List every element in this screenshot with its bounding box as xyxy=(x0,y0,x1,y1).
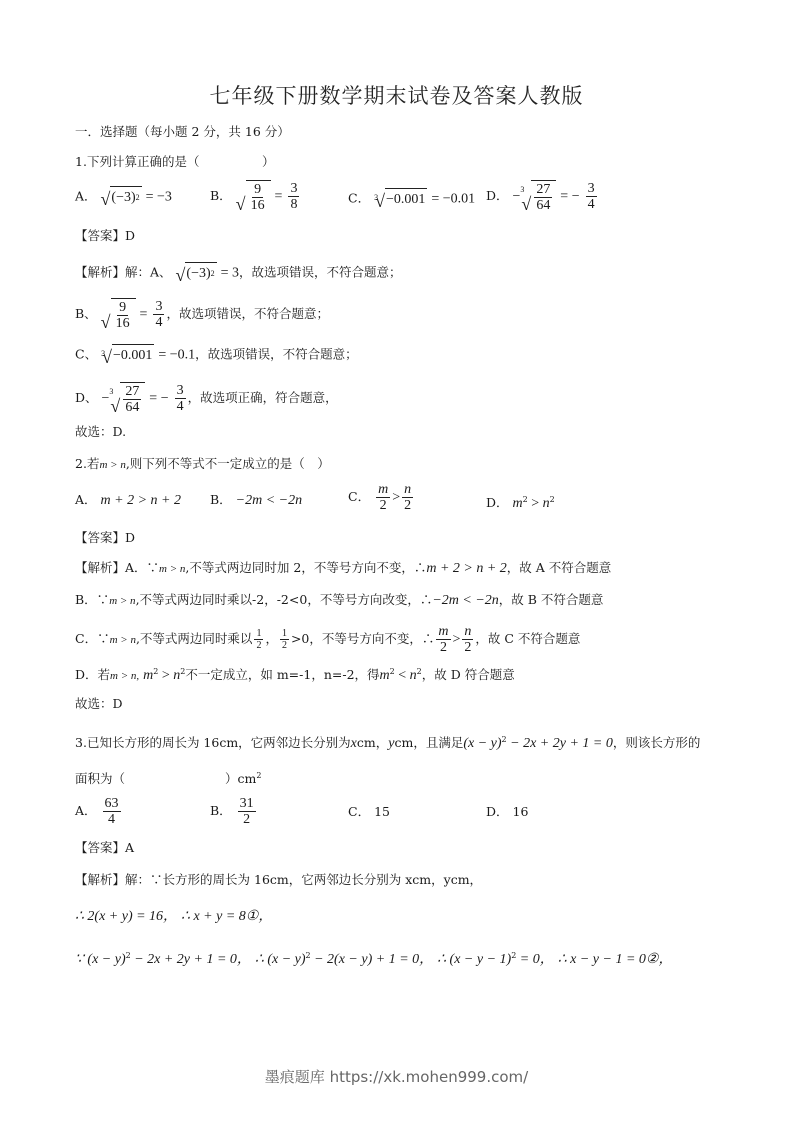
q1-analysis-d: D、 −3√2764 = − 34，故选项正确，符合题意， xyxy=(75,382,338,415)
q2-option-c: C． m2>n2 xyxy=(348,482,415,513)
q2-option-a: A． m + 2 > n + 2 xyxy=(75,490,181,511)
q1-conclusion: 故选：D. xyxy=(75,422,126,442)
q3-option-c: C． 15 xyxy=(348,802,390,822)
question-1-stem: 1.下列计算正确的是（ ） xyxy=(75,152,274,172)
q3-option-a: A． 634 xyxy=(75,796,123,827)
q3-option-d: D． 16 xyxy=(486,802,528,822)
q2-analysis-a: 【解析】A．∵m > n,不等式两边同时加 2，不等号方向不变，∴m + 2 >… xyxy=(75,558,611,579)
question-2-stem: 2.若m > n,则下列不等式不一定成立的是（ ） xyxy=(75,454,330,475)
q1-analysis-b: B、 √916 = 34，故选项错误，不符合题意； xyxy=(75,298,329,331)
q2-analysis-b: B．∵m > n,不等式两边同时乘以-2，-2<0，不等号方向改变，∴−2m <… xyxy=(75,590,603,611)
q2-option-d: D． m2 > n2 xyxy=(486,490,555,514)
q2-conclusion: 故选：D xyxy=(75,694,123,714)
q3-option-b: B． 312 xyxy=(210,796,258,827)
q2-analysis-c: C．∵m > n,不等式两边同时乘以12，12>0，不等号方向不变，∴m2>n2… xyxy=(75,624,580,655)
q1-option-a: A． √(−3)2 = −3 xyxy=(75,186,172,208)
q1-option-b: B． √916 = 38 xyxy=(210,180,301,213)
q2-analysis-d: D．若m > n, m2 > n2不一定成立，如 m=-1，n=-2，得m2 <… xyxy=(75,662,515,686)
q3-analysis-line2: ∴ 2(x + y) = 16， ∴ x + y = 8①， xyxy=(75,906,272,927)
q1-option-d: D． −3√2764 = − 34 xyxy=(486,180,599,213)
q3-analysis-line1: 【解析】解：∵长方形的周长为 16cm，它两邻边长分别为 xcm，ycm， xyxy=(75,870,482,890)
q2-option-b: B． −2m < −2n xyxy=(210,490,302,511)
q3-answer: 【答案】A xyxy=(75,838,134,858)
section-heading: 一．选择题（每小题 2 分，共 16 分） xyxy=(75,122,290,142)
page-title: 七年级下册数学期末试卷及答案人教版 xyxy=(0,80,793,110)
q1-analysis-c: C、 3√−0.001 = −0.1，故选项错误，不符合题意； xyxy=(75,344,358,366)
q1-analysis-a: 【解析】解：A、 √(−3)2 = 3，故选项错误，不符合题意； xyxy=(75,262,402,284)
question-3-stem-line2: 面积为（ ）cm2 xyxy=(75,766,261,789)
exam-page: 七年级下册数学期末试卷及答案人教版 一．选择题（每小题 2 分，共 16 分） … xyxy=(0,0,793,1122)
q2-answer: 【答案】D xyxy=(75,528,135,548)
watermark-footer: 墨痕题库 https://xk.mohen999.com/ xyxy=(0,1066,793,1087)
q1-answer: 【答案】D xyxy=(75,226,135,246)
question-3-stem: 3.已知长方形的周长为 16cm，它两邻边长分别为xcm，ycm，且满足(x −… xyxy=(75,730,700,754)
q1-option-c: C． 3√−0.001 = −0.01 xyxy=(348,188,475,210)
q3-analysis-line3: ∵ (x − y)2 − 2x + 2y + 1 = 0， ∴ (x − y)2… xyxy=(75,946,672,970)
